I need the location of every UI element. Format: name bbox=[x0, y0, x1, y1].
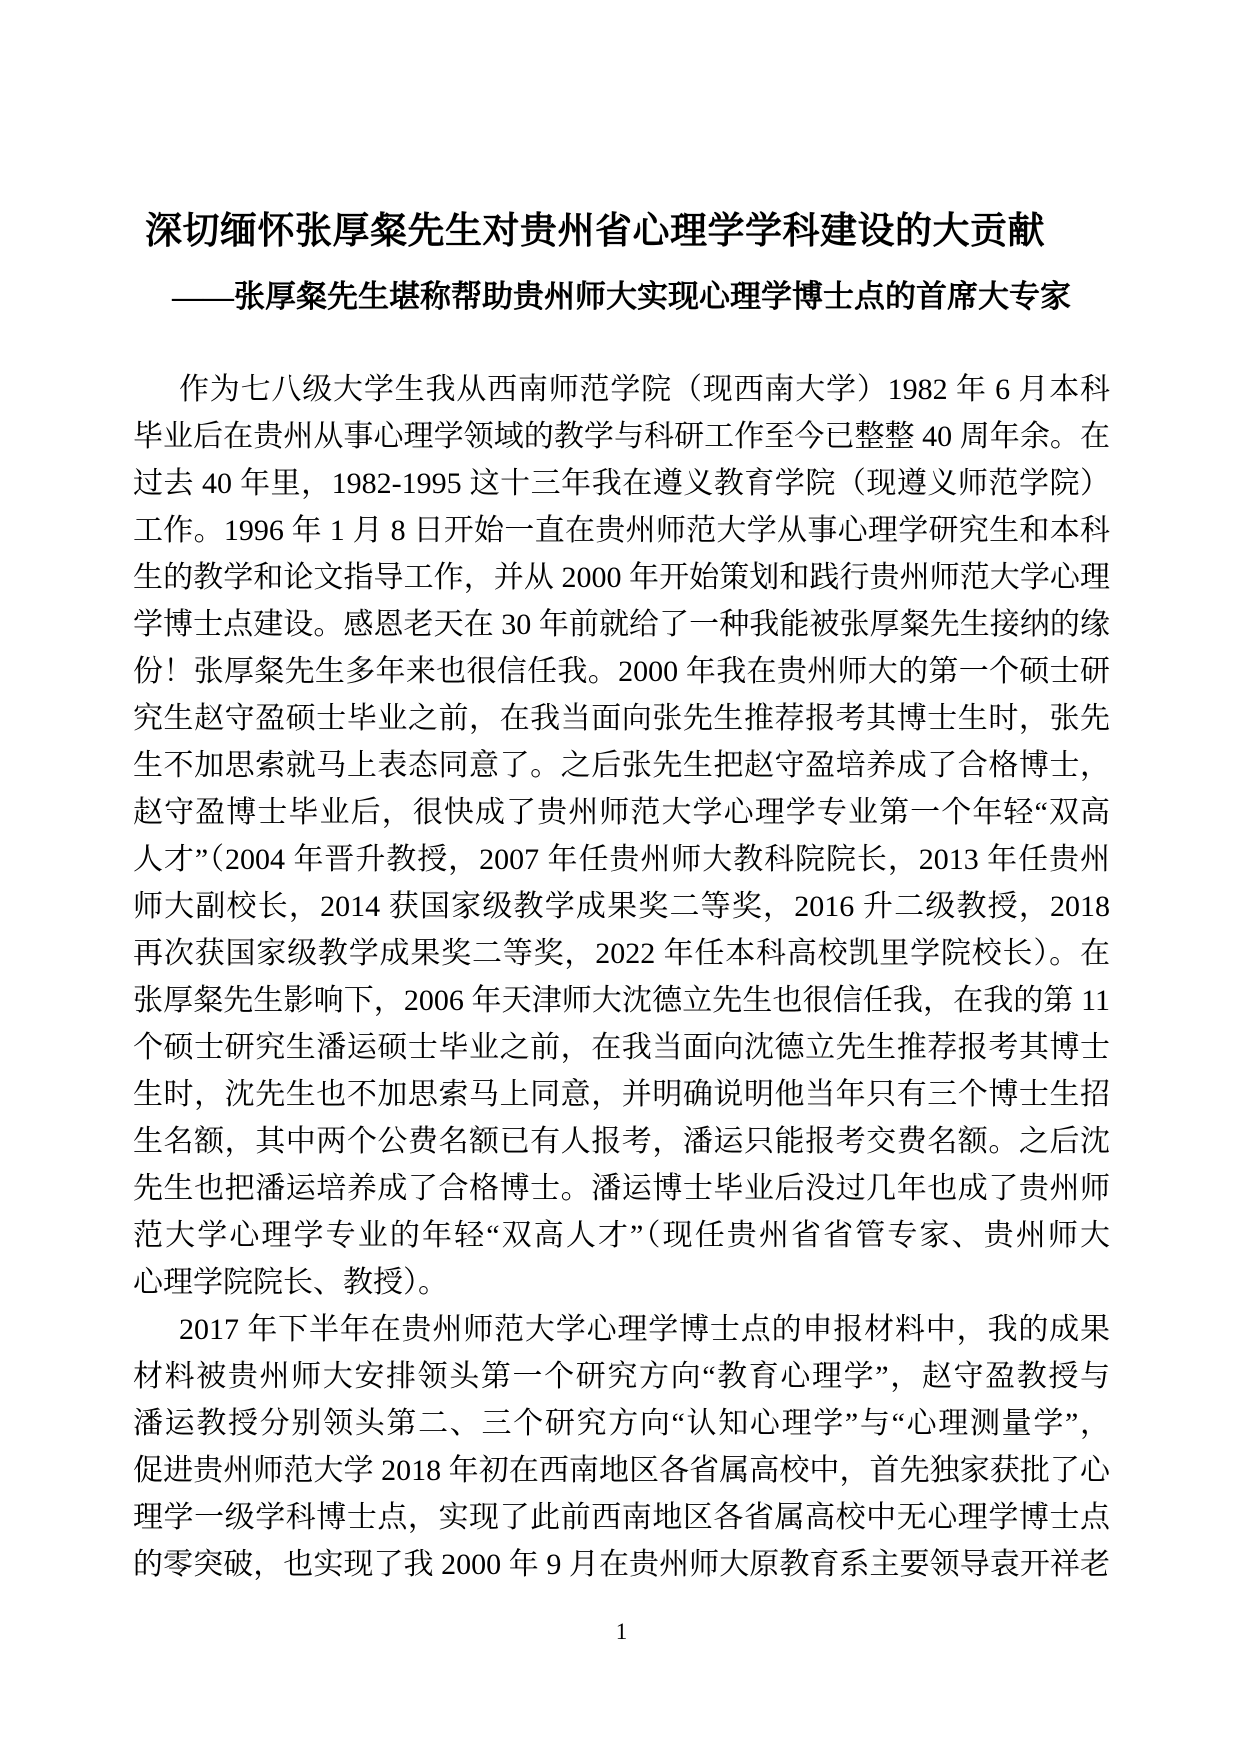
text-line: 究生赵守盈硕士毕业之前，在我当面向张先生推荐报考其博士生时，张先 bbox=[133, 695, 1110, 742]
text-line: 师大副校长，2014 获国家级教学成果奖二等奖，2016 升二级教授，2018 bbox=[133, 883, 1110, 930]
text-line: 再次获国家级教学成果奖二等奖，2022 年任本科高校凯里学院校长）。在 bbox=[133, 930, 1110, 977]
text-line: 先生也把潘运培养成了合格博士。潘运博士毕业后没过几年也成了贵州师 bbox=[133, 1165, 1110, 1212]
document-subtitle: ——张厚粲先生堪称帮助贵州师大实现心理学博士点的首席大专家 bbox=[133, 278, 1110, 317]
text-line: 个硕士研究生潘运硕士毕业之前，在我当面向沈德立先生推荐报考其博士 bbox=[133, 1024, 1110, 1071]
text-line: 工作。1996 年 1 月 8 日开始一直在贵州师范大学从事心理学研究生和本科 bbox=[133, 507, 1110, 554]
text-line: 赵守盈博士毕业后，很快成了贵州师范大学心理学专业第一个年轻“双高 bbox=[133, 789, 1110, 836]
text-line: 材料被贵州师大安排领头第一个研究方向“教育心理学”，赵守盈教授与 bbox=[133, 1353, 1110, 1400]
text-line: 生的教学和论文指导工作，并从 2000 年开始策划和践行贵州师范大学心理 bbox=[133, 554, 1110, 601]
text-line: 过去 40 年里，1982-1995 这十三年我在遵义教育学院（现遵义师范学院） bbox=[133, 460, 1110, 507]
text-line: 促进贵州师范大学 2018 年初在西南地区各省属高校中，首先独家获批了心 bbox=[133, 1447, 1110, 1494]
text-line: 学博士点建设。感恩老天在 30 年前就给了一种我能被张厚粲先生接纳的缘 bbox=[133, 601, 1110, 648]
text-line: 2017 年下半年在贵州师范大学心理学博士点的申报材料中，我的成果 bbox=[133, 1306, 1110, 1353]
text-line: 作为七八级大学生我从西南师范学院（现西南大学）1982 年 6 月本科 bbox=[133, 366, 1110, 413]
text-line: 心理学院院长、教授）。 bbox=[133, 1259, 1110, 1306]
document-page: 深切缅怀张厚粲先生对贵州省心理学学科建设的大贡献 ——张厚粲先生堪称帮助贵州师大… bbox=[0, 0, 1241, 1754]
text-line: 理学一级学科博士点，实现了此前西南地区各省属高校中无心理学博士点 bbox=[133, 1494, 1110, 1541]
text-line: 份！张厚粲先生多年来也很信任我。2000 年我在贵州师大的第一个硕士研 bbox=[133, 648, 1110, 695]
page-number: 1 bbox=[133, 1618, 1110, 1646]
text-line: 人才”（2004 年晋升教授，2007 年任贵州师大教科院院长，2013 年任贵… bbox=[133, 836, 1110, 883]
text-line: 潘运教授分别领头第二、三个研究方向“认知心理学”与“心理测量学”， bbox=[133, 1400, 1110, 1447]
text-line: 生不加思索就马上表态同意了。之后张先生把赵守盈培养成了合格博士， bbox=[133, 742, 1110, 789]
text-line: 的零突破，也实现了我 2000 年 9 月在贵州师大原教育系主要领导袁开祥老 bbox=[133, 1541, 1110, 1588]
paragraph: 2017 年下半年在贵州师范大学心理学博士点的申报材料中，我的成果材料被贵州师大… bbox=[133, 1306, 1110, 1588]
document-title: 深切缅怀张厚粲先生对贵州省心理学学科建设的大贡献 bbox=[145, 209, 1110, 255]
text-line: 范大学心理学专业的年轻“双高人才”（现任贵州省省管专家、贵州师大 bbox=[133, 1212, 1110, 1259]
document-body: 作为七八级大学生我从西南师范学院（现西南大学）1982 年 6 月本科毕业后在贵… bbox=[133, 366, 1110, 1588]
text-line: 生名额，其中两个公费名额已有人报考，潘运只能报考交费名额。之后沈 bbox=[133, 1118, 1110, 1165]
text-line: 毕业后在贵州从事心理学领域的教学与科研工作至今已整整 40 周年余。在 bbox=[133, 413, 1110, 460]
text-line: 张厚粲先生影响下，2006 年天津师大沈德立先生也很信任我，在我的第 11 bbox=[133, 977, 1110, 1024]
paragraph: 作为七八级大学生我从西南师范学院（现西南大学）1982 年 6 月本科毕业后在贵… bbox=[133, 366, 1110, 1306]
text-line: 生时，沈先生也不加思索马上同意，并明确说明他当年只有三个博士生招 bbox=[133, 1071, 1110, 1118]
